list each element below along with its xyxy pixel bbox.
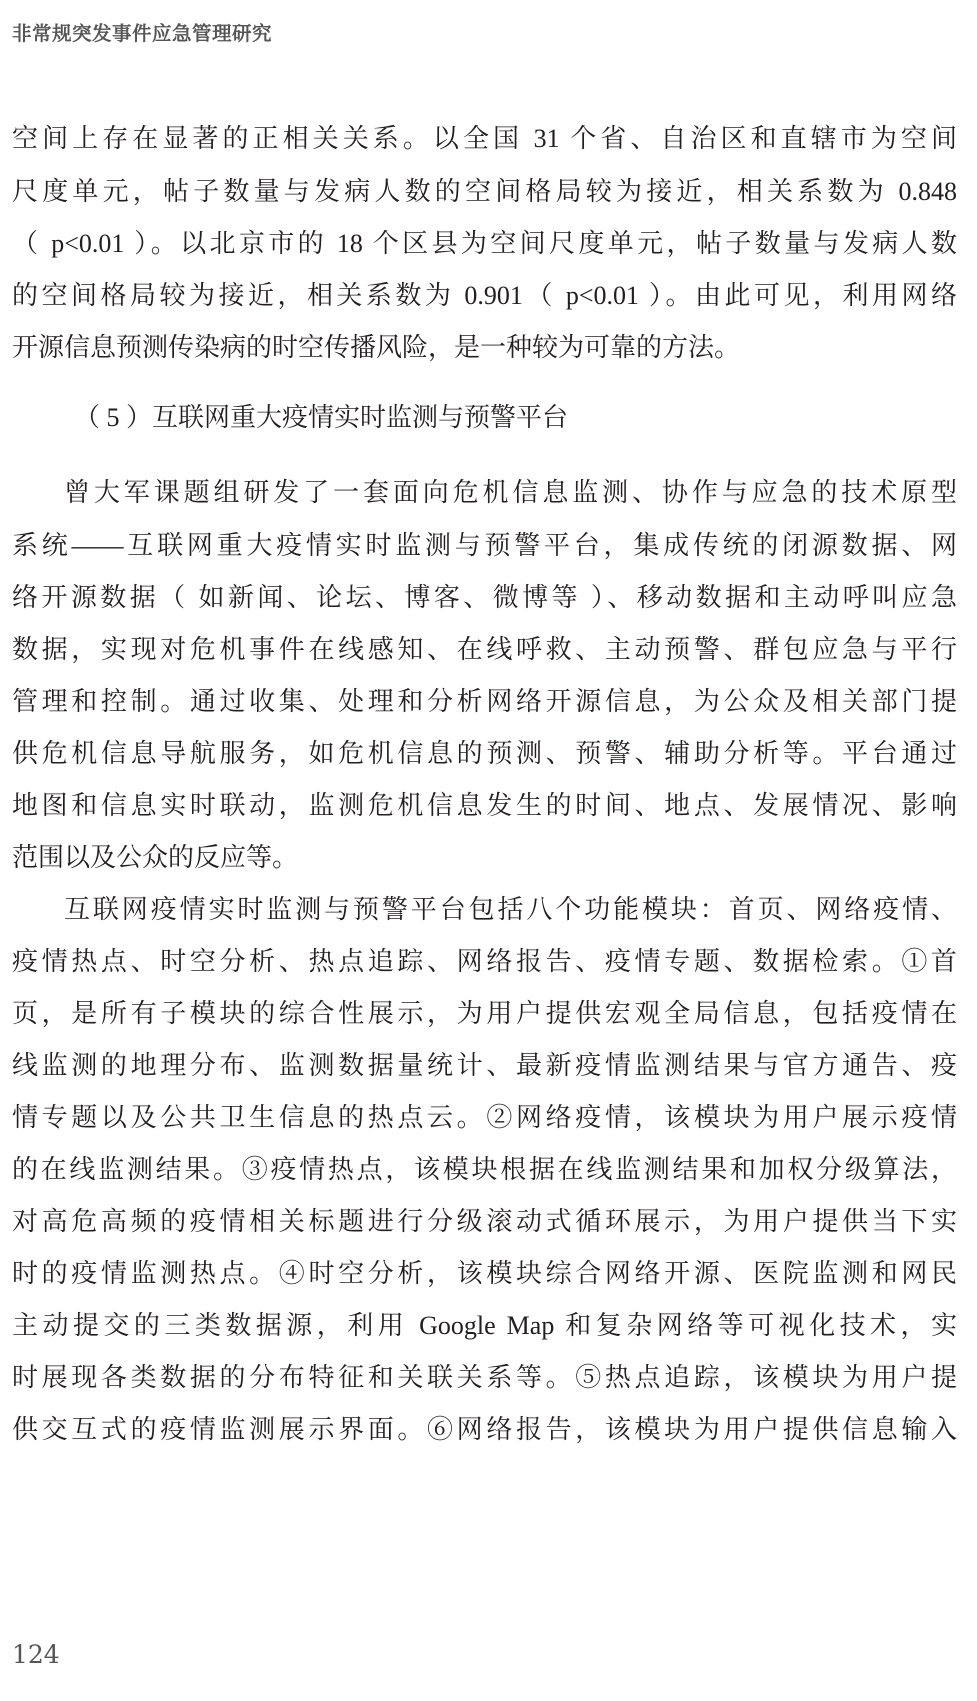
running-head-title: 非常规突发事件应急管理研究 [12,18,272,46]
text-line: 地图和信息实时联动，监测危机信息发生的时间、地点、发展情况、影响 [12,790,957,822]
text-line: 疫情热点、时空分析、热点追踪、网络报告、疫情专题、数据检索。①首 [12,946,957,978]
text-line: 尺度单元，帖子数量与发病人数的空间格局较为接近，相关系数为 0.848 [12,176,957,208]
text-line: 络开源数据（ 如新闻、论坛、博客、微博等 ）、移动数据和主动呼叫应急 [12,582,957,614]
section-heading: （ 5 ）互联网重大疫情实时监测与预警平台 [74,402,568,434]
text-line: 供交互式的疫情监测展示界面。⑥网络报告，该模块为用户提供信息输入 [12,1414,957,1446]
text-line: 管理和控制。通过收集、处理和分析网络开源信息，为公众及相关部门提 [12,686,957,718]
text-line: 对高危高频的疫情相关标题进行分级滚动式循环展示，为用户提供当下实 [12,1206,957,1238]
text-line: 范围以及公众的反应等。 [12,842,957,874]
text-line: 曾大军课题组研发了一套面向危机信息监测、协作与应急的技术原型 [64,477,957,509]
text-line: 的在线监测结果。③疫情热点，该模块根据在线监测结果和加权分级算法， [12,1154,957,1186]
text-line: 空间上存在显著的正相关关系。以全国 31 个省、自治区和直辖市为空间 [12,123,957,155]
text-line: 开源信息预测传染病的时空传播风险，是一种较为可靠的方法。 [12,332,957,364]
text-line: 时展现各类数据的分布特征和关联关系等。⑤热点追踪，该模块为用户提 [12,1362,957,1394]
text-line: 系统——互联网重大疫情实时监测与预警平台，集成传统的闭源数据、网 [12,530,957,562]
text-line: 互联网疫情实时监测与预警平台包括八个功能模块：首页、网络疫情、 [64,894,957,926]
text-line: 主动提交的三类数据源，利用 Google Map 和复杂网络等可视化技术，实 [12,1310,957,1342]
text-line: 的空间格局较为接近，相关系数为 0.901（ p<0.01 ）。由此可见，利用网… [12,280,957,312]
text-line: 页，是所有子模块的综合性展示，为用户提供宏观全局信息，包括疫情在 [12,998,957,1030]
text-line: 数据，实现对危机事件在线感知、在线呼救、主动预警、群包应急与平行 [12,634,957,666]
text-line: 供危机信息导航服务，如危机信息的预测、预警、辅助分析等。平台通过 [12,738,957,770]
page-number: 124 [12,1640,60,1669]
text-line: （ p<0.01 ）。以北京市的 18 个区县为空间尺度单元，帖子数量与发病人数 [12,228,957,260]
text-line: 时的疫情监测热点。④时空分析，该模块综合网络开源、医院监测和网民 [12,1258,957,1290]
text-line: 线监测的地理分布、监测数据量统计、最新疫情监测结果与官方通告、疫 [12,1050,957,1082]
text-line: 情专题以及公共卫生信息的热点云。②网络疫情，该模块为用户展示疫情 [12,1102,957,1134]
